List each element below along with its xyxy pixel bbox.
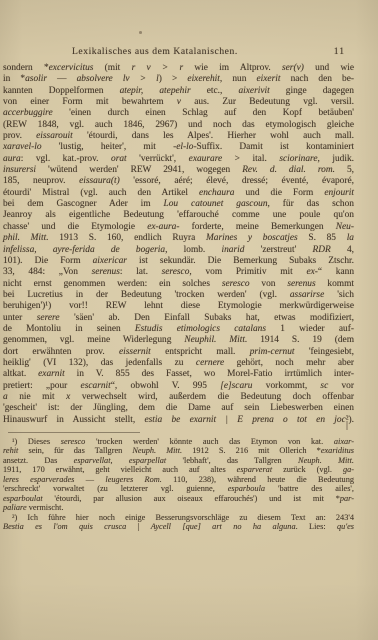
text-line: infelissa, ayre-ferida de bogeria, lomb.… bbox=[3, 245, 354, 256]
text-line: insurersi 'wütend werden' REW 2941, woge… bbox=[3, 165, 354, 176]
scan-scratch bbox=[346, 421, 348, 430]
text-line: ¹) Dieses seresco 'trocken werden' könnt… bbox=[3, 437, 354, 446]
text-line: sondern *excervicitus (mit r v > r wie i… bbox=[3, 63, 354, 74]
running-title: Lexikalisches aus dem Katalanischen. bbox=[72, 46, 238, 57]
text-line: nicht ernst genommen werden: ein solches… bbox=[3, 279, 354, 290]
text-line: a nie mit x verwechselt wird, außerdem d… bbox=[3, 392, 354, 403]
footnotes: ¹) Dieses seresco 'trocken werden' könnt… bbox=[3, 437, 354, 532]
page-header: Lexikalisches aus dem Katalanischen. 11 bbox=[0, 46, 378, 59]
text-line: prov. eissarouit 'étourdi, dans les Alpe… bbox=[3, 131, 354, 142]
footnote-separator bbox=[8, 432, 140, 433]
text-line: accerbuggire 'einen durch einen Schlag a… bbox=[3, 108, 354, 119]
text-line: genommen, vgl. meine Widerlegung Neuphil… bbox=[3, 335, 354, 346]
text-line: 'erschreckt' vorwaltet (zu letzterer vgl… bbox=[3, 484, 354, 493]
text-line: chasse' und die Etymologie ex-aura- ford… bbox=[3, 222, 354, 233]
text-line: ansetzt. Das esparvellat, esparpellat 'l… bbox=[3, 456, 354, 465]
text-line: 'gescheit' ist: der Jüngling, dem die Da… bbox=[3, 403, 354, 414]
page-number: 11 bbox=[334, 46, 345, 57]
text-line: beruhigen')¹) vor!! REW lehnt diese Etym… bbox=[3, 301, 354, 312]
text-line: rehit sein, für das Tallgren Neuph. Mitt… bbox=[3, 446, 354, 455]
text-line: in *asolir — absolvere lv > l) > eixereh… bbox=[3, 74, 354, 85]
text-line: von einer Form mit bewahrtem v aus. Zur … bbox=[3, 97, 354, 108]
text-line: Hinauswurf in Aussicht stellt, estia be … bbox=[3, 415, 354, 426]
text-line: dort erwähnten prov. eissernit entsprich… bbox=[3, 347, 354, 358]
text-line: 101). Die Form aixericar ist sekundär. D… bbox=[3, 256, 354, 267]
text-line: Bestia es l'om quis crusca | Aycell [que… bbox=[3, 522, 354, 531]
text-line: de Montoliu in seinen Estudis etimologic… bbox=[3, 324, 354, 335]
body-text: sondern *excervicitus (mit r v > r wie i… bbox=[3, 63, 354, 426]
text-line: unter serere 'säen' ab. Den Einfall Suba… bbox=[3, 313, 354, 324]
text-line: bei dem Gascogner Ader im Lou catounet g… bbox=[3, 199, 354, 210]
text-line: kannten Doppelformen atepir, atepehir et… bbox=[3, 86, 354, 97]
text-line: phil. Mitt. 1913 S. 160, endlich Ruyra M… bbox=[3, 233, 354, 244]
scan-speck bbox=[139, 31, 142, 34]
text-line: pretiert: „pour escarnit“, obwohl V. 995… bbox=[3, 381, 354, 392]
text-line: (REW 1848, vgl. auch 1846, 2967) und noc… bbox=[3, 120, 354, 131]
text-line: heiklig' (VI 132), das jedenfalls zu cer… bbox=[3, 358, 354, 369]
text-line: 33, 484: „Von serenus: lat. seresco, vom… bbox=[3, 267, 354, 278]
scanned-page: Lexikalisches aus dem Katalanischen. 11 … bbox=[0, 0, 378, 640]
text-line: paliare vermischt. bbox=[3, 503, 354, 512]
text-line: esparboulat 'étourdi, par allusion aux o… bbox=[3, 494, 354, 503]
text-line: ²) Ich führe hier noch einige Besserungs… bbox=[3, 513, 354, 522]
text-line: xaravel-lo 'lustig, heiter', mit -el-lo-… bbox=[3, 142, 354, 153]
text-line: leres esparverades — leugeres Rom. 110, … bbox=[3, 475, 354, 484]
text-line: aura: vgl. kat.-prov. orat 'verrückt', e… bbox=[3, 154, 354, 165]
text-line: étourdi' Mistral (vgl. auch den Artikel … bbox=[3, 188, 354, 199]
text-line: Jeanroy als eigentliche Bedeutung 'effar… bbox=[3, 210, 354, 221]
text-line: altkat. exarnit in V. 855 des Fasset, wo… bbox=[3, 369, 354, 380]
text-line: bei Lucretius in der Bedeutung 'trocken … bbox=[3, 290, 354, 301]
text-line: 185, neuprov. eissaura(t) 'essoré, aéré;… bbox=[3, 176, 354, 187]
text-line: 1911, 170 erwähnt, geht vielleicht auch … bbox=[3, 465, 354, 474]
